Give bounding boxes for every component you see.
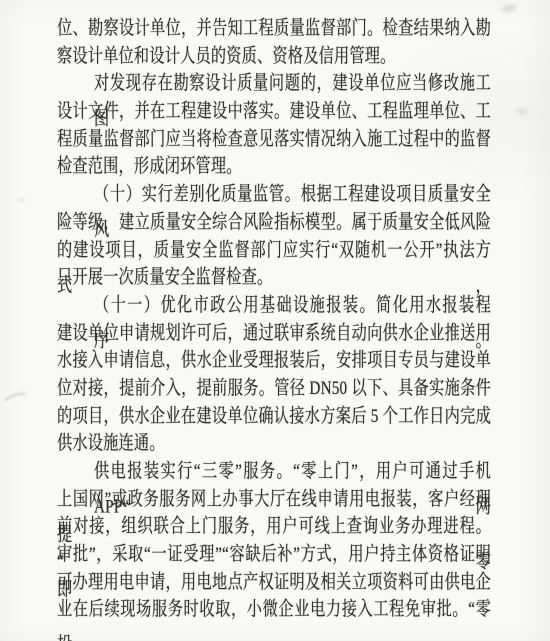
document-body-text: 位、勘察设计单位，并告知工程质量监督部门。检查结果纳入勘察设计单位和设计人员的资… [57, 15, 491, 624]
scan-spot-left-edge [17, 197, 27, 203]
scan-mark-left-edge [1, 390, 33, 414]
scan-spot-right-edge [514, 106, 530, 117]
text-line: 业在后续现场服务时收取，小微企业电力接入工程免审批。“零投 [57, 593, 491, 628]
scanned-document-page: 位、勘察设计单位，并告知工程质量监督部门。检查结果纳入勘察设计单位和设计人员的资… [0, 0, 550, 641]
scan-smudge-top-right [497, 1, 521, 17]
